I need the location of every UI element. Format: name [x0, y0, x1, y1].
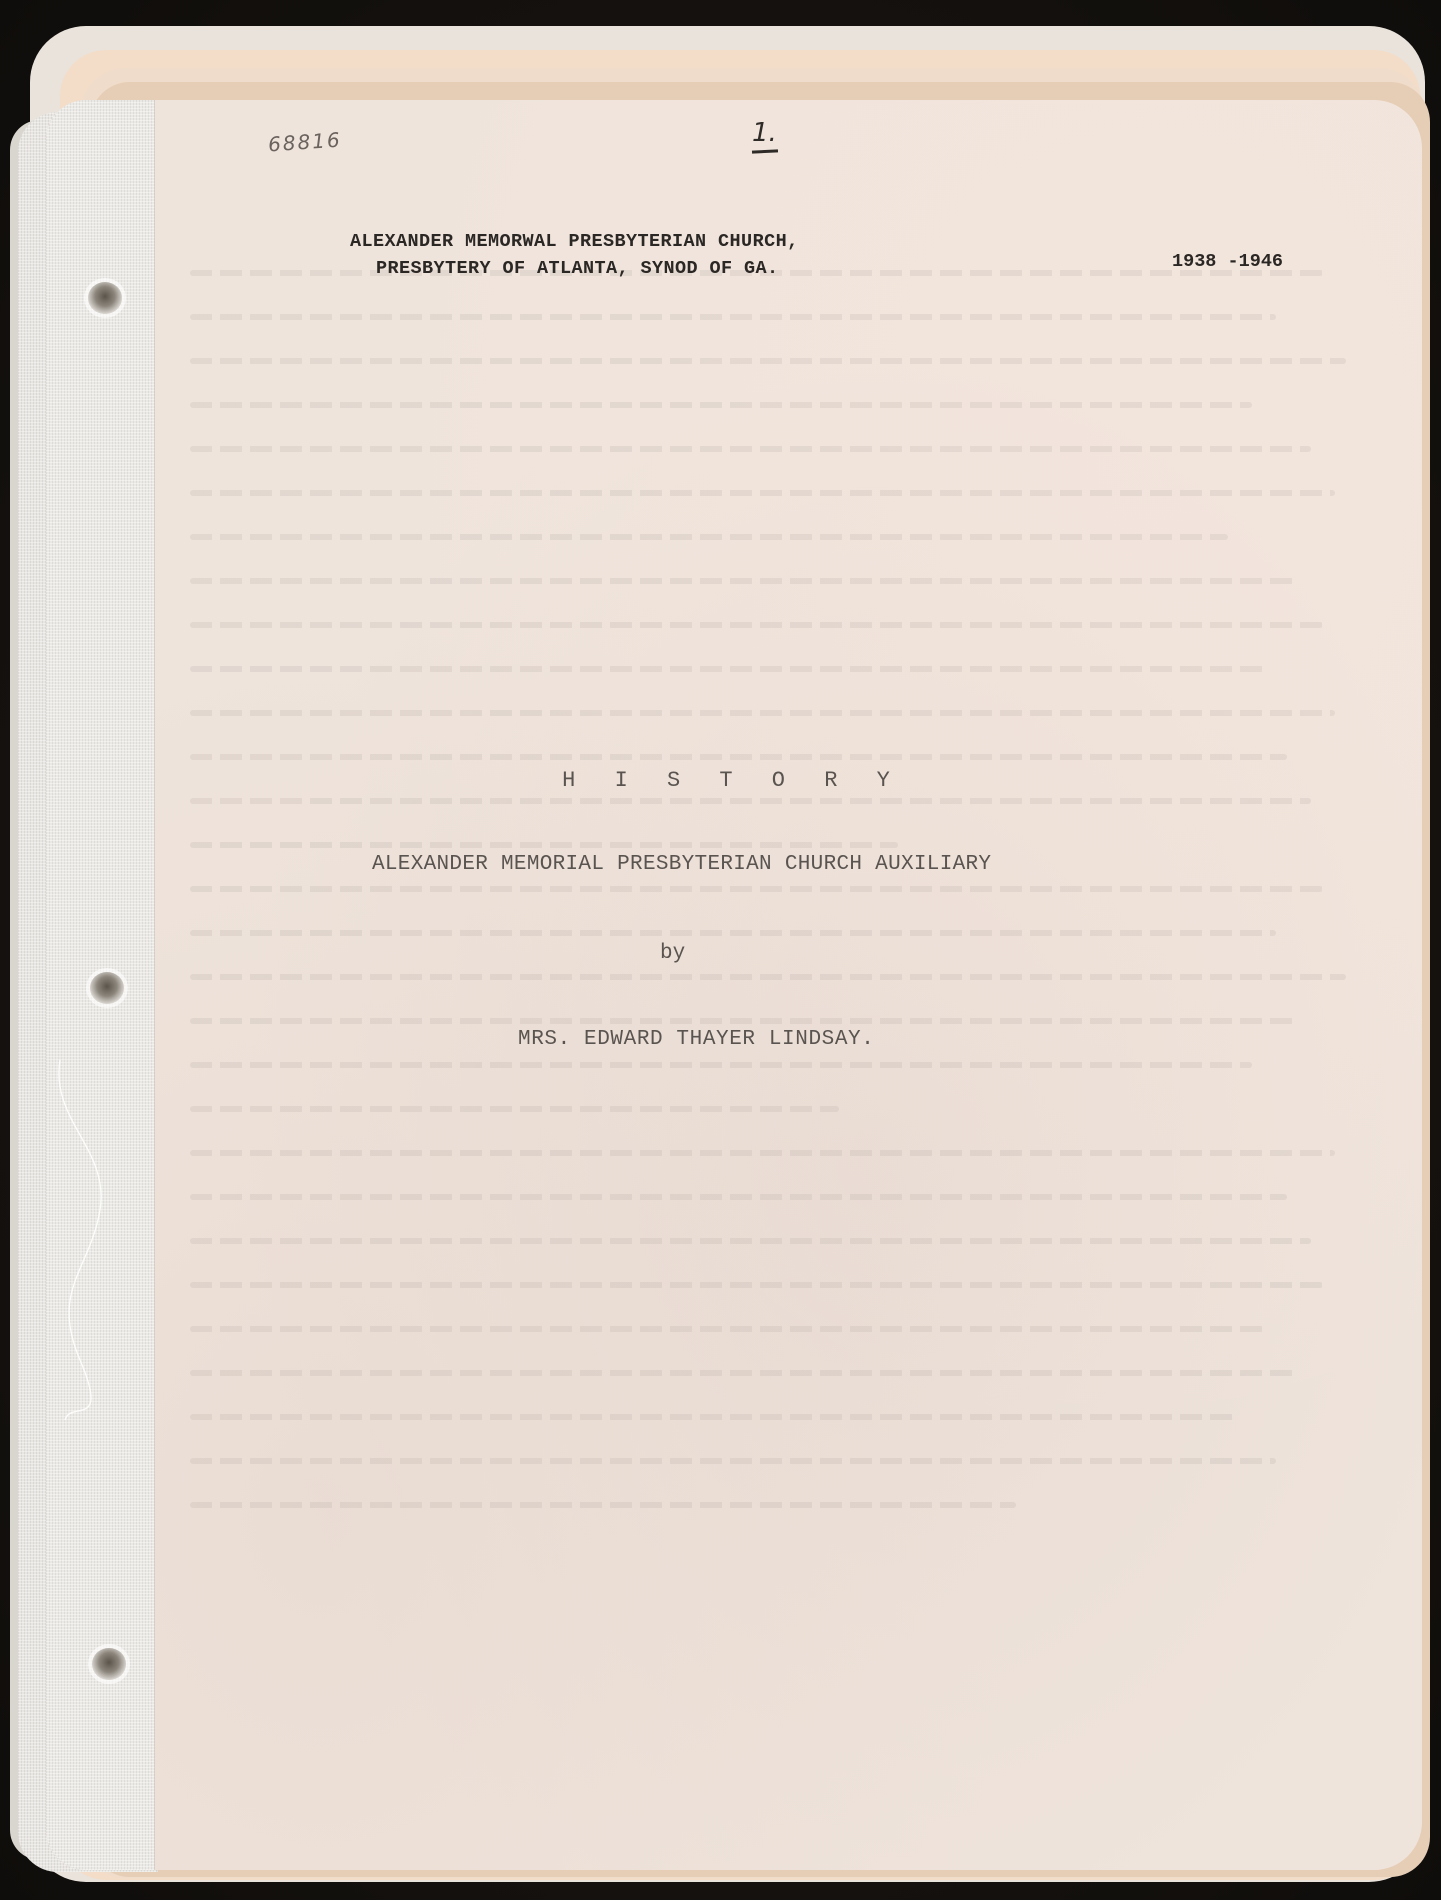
document-subtitle: ALEXANDER MEMORIAL PRESBYTERIAN CHURCH A… — [372, 853, 991, 876]
header-line-presbytery: PRESBYTERY OF ATLANTA, SYNOD OF GA. — [350, 255, 799, 282]
cover-page — [46, 100, 1422, 1870]
church-header: ALEXANDER MEMORWAL PRESBYTERIAN CHURCH, … — [350, 228, 799, 282]
byline: by — [660, 942, 685, 965]
handwritten-page-number: 1. — [752, 118, 777, 148]
loose-thread-icon — [40, 1060, 120, 1420]
author-name: MRS. EDWARD THAYER LINDSAY. — [518, 1028, 874, 1051]
document-title: H I S T O R Y — [0, 768, 1441, 793]
handwritten-accession-number: 68816 — [267, 127, 342, 156]
scanned-document-scene: 68816 1. ALEXANDER MEMORWAL PRESBYTERIAN… — [0, 0, 1441, 1900]
header-line-church: ALEXANDER MEMORWAL PRESBYTERIAN CHURCH, — [350, 228, 799, 255]
punch-hole-icon — [88, 282, 122, 314]
date-range: 1938 -1946 — [1172, 251, 1283, 272]
punch-hole-icon — [92, 1648, 126, 1680]
punch-hole-icon — [90, 972, 124, 1004]
